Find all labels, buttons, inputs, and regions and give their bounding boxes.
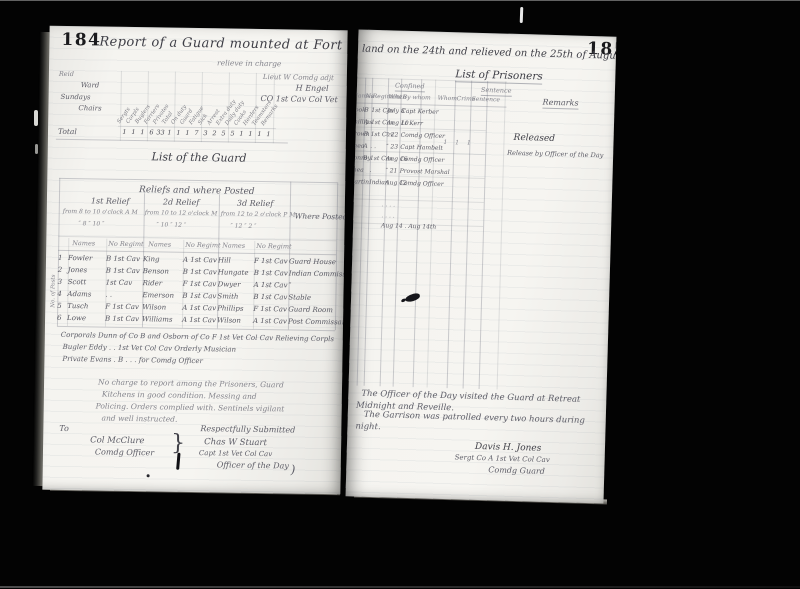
prisoner-grid-line [463, 81, 473, 389]
total-value: 33 [156, 128, 165, 136]
guard-regiment: A 1st Cav [253, 317, 288, 326]
post-number: 1 [58, 254, 68, 262]
subheader-noreg: No Regimt [108, 241, 144, 248]
prisoner-confined-when: ″ 22 [387, 131, 401, 138]
subheader-names: Names [148, 241, 171, 248]
fore-edge-highlight [34, 110, 38, 126]
prisoner-confined-by: Comdg Officer [399, 180, 439, 188]
guard-name: Smith [217, 292, 253, 301]
guard-post-location: Guard Room [288, 305, 335, 314]
prisoner-regiment: 1st Cav [371, 107, 387, 114]
subheader-names: Names [72, 240, 95, 247]
prisoner-grid-line [497, 82, 507, 390]
prisoner-name: Shea [349, 166, 363, 173]
guard-table-header: Reliefs and where Posted [139, 186, 255, 197]
guard-name: Adams [67, 290, 105, 299]
guard-name: Hungate [218, 268, 254, 277]
total-value: 1 [237, 130, 246, 138]
closing-line: The Garrison was patrolled every two hou… [364, 411, 585, 426]
signoff-signature: Chas W Stuart [204, 438, 267, 447]
summary-line: Bugler Eddy . . 1st Vet Col Cav Orderly … [63, 344, 237, 354]
total-value: 1 [255, 130, 264, 138]
guard-name: Wilson [217, 316, 253, 325]
signoff-addressee-title: Comdg Officer [95, 448, 154, 457]
col-sentence: Sentence [472, 97, 500, 104]
strength-total-label: Total [58, 128, 77, 136]
faint-tally-marks: 1 1 1 [443, 140, 473, 147]
guard-regiment: F 1st Cav [105, 303, 142, 312]
where-posted-header: Where Posted [295, 213, 348, 221]
signoff-paren: ) [291, 464, 296, 476]
total-value: 3 [201, 129, 210, 137]
guard-name: Williams [142, 315, 182, 324]
prisoner-regiment: Indian [369, 179, 385, 186]
prisoner-confined-by: Comdg Officer [400, 156, 440, 164]
ink-blot-tail [401, 298, 407, 303]
relief-title: 2d Relief [163, 198, 199, 207]
relief-ditto: ″ 12 ″ 2 ″ [230, 224, 256, 230]
guard-regiment: A 1st Cav [182, 316, 217, 325]
total-value: 1 [264, 130, 273, 138]
ink-dot [147, 474, 150, 477]
post-number: 3 [58, 278, 68, 286]
prisoner-name: Shea [349, 142, 363, 149]
total-value: 1 [174, 129, 183, 137]
guard-name: Fowler [68, 254, 106, 263]
prisoner-regiment: . . [370, 143, 386, 150]
subheader-noreg: No Regimt [256, 243, 292, 250]
col-whom: Whom [438, 96, 458, 103]
guard-grid-line [335, 182, 338, 330]
guard-regiment: B 1st Cav [106, 267, 143, 276]
strength-row-label: Reid [59, 71, 74, 78]
prisoner-confined-by: Comdg Officer [401, 132, 441, 140]
scanned-book-spread: 184 Report of a Guard mounted at Fort Ga… [0, 0, 800, 589]
col-remarks: Remarks [542, 99, 578, 110]
scan-top-border [0, 0, 800, 1]
officer-line: H Engel [296, 85, 329, 94]
prisoner-grid-line [479, 81, 489, 389]
strength-row-label: Chairs [78, 105, 101, 112]
post-number: 5 [57, 302, 67, 310]
guard-post-location: ″ [289, 281, 336, 290]
prisoner-grid-line [447, 80, 457, 388]
strength-row-label: Sundays [60, 94, 90, 101]
total-value: 1 [165, 129, 174, 137]
relief-title: 3d Relief [237, 200, 273, 209]
fore-edge-highlight [35, 144, 38, 154]
prisoner-name: Cook [350, 106, 364, 113]
prisoner-name: Phillips [350, 118, 364, 125]
relief-ditto: ″ 10 ″ 12 ″ [156, 222, 186, 228]
prisoner-confined-when: Aug 10 [387, 119, 401, 126]
summary-line: Corporals Dunn of Co B and Osborn of Co … [61, 332, 334, 343]
guard-post-location: Indian Commissary [289, 269, 336, 278]
report-paragraph-line: Policing. Orders complied with. Sentinel… [96, 402, 285, 412]
prisoner-confined-when: ″ 23 [386, 143, 400, 150]
guard-name: Rider [143, 279, 183, 288]
guard-regiment: B 1st Cav [253, 293, 288, 302]
guard-name: Lowe [67, 314, 105, 323]
guard-name: Benson [143, 267, 183, 276]
guard-regiment: . . [105, 291, 142, 300]
total-value: 6 [147, 128, 156, 136]
prisoner-confined-when: ″ 21 [386, 167, 400, 174]
signature-role: Comdg Guard [488, 466, 545, 476]
report-paragraph-line: No charge to report among the Prisoners,… [98, 378, 284, 388]
signoff-rank: Capt 1st Vet Col Cav [199, 450, 272, 458]
col-by-whom: By whom [403, 95, 431, 102]
guard-regiment: A 1st Cav [182, 304, 217, 313]
total-value: 5 [219, 129, 228, 137]
guard-name: Hill [218, 256, 254, 265]
scan-bottom-border [0, 586, 800, 588]
guard-regiment: F 1st Cav [253, 305, 288, 314]
signoff-addressee: Col McClure [90, 436, 144, 445]
ink-mark [176, 453, 180, 470]
prisoner-confined-by: Capt Hambelt [400, 144, 440, 152]
summary-line: Private Evans . B . . . for Comdg Office… [62, 356, 203, 365]
prisoner-name: Brown [350, 130, 364, 137]
guard-regiment: B 1st Cav [254, 269, 289, 278]
guard-name: King [143, 255, 183, 264]
post-number: 6 [57, 314, 67, 322]
report-title-left: Report of a Guard mounted at Fort Gar [99, 35, 347, 52]
guard-name: Tusch [67, 302, 105, 311]
page-number-left: 184 [61, 30, 101, 51]
total-value: 7 [192, 129, 201, 137]
prisoner-confined-by: Capt Kerber [401, 108, 441, 116]
guard-grid-line [59, 178, 337, 183]
relief-time: from 12 to 2 o'clock P M [221, 211, 296, 218]
signature-name: Davis H. Jones [475, 443, 542, 454]
guard-regiment: B 1st Cav [183, 268, 218, 277]
report-subtitle: relieve in charge [217, 59, 281, 68]
signoff-brace: } [171, 433, 185, 455]
subheader-names: Names [222, 242, 245, 249]
report-paragraph-line: and well instructed. [101, 415, 177, 424]
guard-regiment: B 1st Cav [105, 315, 142, 324]
prisoner-confined-when: Aug 16 [386, 155, 400, 162]
total-value: 1 [120, 128, 129, 136]
strength-totals: 1 1 1 6 33 1 1 1 7 3 2 5 5 1 1 1 1 [120, 128, 273, 138]
report-title-right: land on the 24th and relieved on the 25t… [362, 45, 617, 63]
relief-time: from 8 to 10 o'clock A M [63, 209, 138, 216]
left-page: 184 Report of a Guard mounted at Fort Ga… [42, 26, 347, 495]
guard-regiment: F 1st Cav [183, 280, 218, 289]
prisoner-name: Martin [348, 178, 362, 185]
prisoner-confined-when: Aug 12 [385, 179, 399, 186]
prisoner-confined-by: Provost Marshal [400, 168, 440, 176]
report-paragraph-line: Kitchens in good condition. Messing and [102, 391, 257, 401]
ditto-row: . . . . [382, 202, 396, 208]
right-page: 185 land on the 24th and relieved on the… [346, 29, 617, 503]
guard-post-location: Stable [288, 293, 335, 302]
guard-post-location: Post Commissary [288, 317, 335, 326]
ditto-row: . . . . [381, 213, 395, 219]
group-confined: Confined [395, 83, 425, 92]
subheader-noreg: No Regimt [185, 242, 221, 249]
post-number: 2 [58, 266, 68, 274]
prisoner-confined-when: July 8 [387, 107, 401, 114]
signoff-to: To [59, 425, 69, 433]
total-value: 1 [183, 129, 192, 137]
total-value: 2 [210, 129, 219, 137]
guard-regiment: 1st Cav [106, 279, 143, 288]
guard-name: Jones [68, 266, 106, 275]
prisoner-regiment: 1st Cav [370, 155, 386, 162]
respectfully-submitted: Respectfully Submitted [200, 425, 295, 434]
signature-rank: Sergt Co A 1st Vet Col Cav [455, 454, 550, 464]
prisoner-regiment: . [370, 167, 386, 174]
remark-entry: Released [513, 134, 555, 144]
strength-grid-line [56, 139, 288, 144]
relief-ditto: ″ 8 ″ 10 ″ [79, 221, 105, 227]
relief-time: from 10 to 12 o'clock M [145, 210, 218, 217]
guard-name: Dwyer [218, 280, 254, 289]
post-number: 4 [57, 290, 67, 298]
total-value: 1 [138, 128, 147, 136]
closing-line: night. [355, 423, 380, 432]
guard-name: Wilson [142, 303, 182, 312]
strength-row-label: Ward [81, 82, 100, 89]
guard-regiment: B 1st Cav [106, 255, 143, 264]
total-value: 1 [246, 130, 255, 138]
scan-artifact-dash [520, 7, 524, 23]
prisoner-regiment: 1st Cav [371, 131, 387, 138]
prisoner-regiment: 1st Cav [371, 119, 387, 126]
guard-name: Scott [68, 278, 106, 287]
relief-title: 1st Relief [91, 197, 130, 206]
total-value: 1 [129, 128, 138, 136]
remark-entry: Release by Officer of the Day [507, 150, 603, 159]
prisoner-confined-by: Lt Kerr [401, 120, 441, 128]
prisoner-name: Conroy [349, 154, 363, 161]
guard-list-heading: List of the Guard [152, 151, 247, 163]
extra-date-row: Aug 14 . Aug 14th [381, 223, 436, 231]
guard-regiment: B 1st Cav [182, 292, 217, 301]
guard-regiment: A 1st Cav [254, 281, 289, 290]
ink-blot [404, 292, 420, 303]
guard-name: Emerson [142, 291, 182, 300]
signoff-officer-of-day: Officer of the Day [217, 461, 289, 470]
guard-regiment: F 1st Cav [254, 257, 289, 266]
guard-name: Phillips [217, 304, 253, 313]
guard-regiment: A 1st Cav [183, 256, 218, 265]
total-value: 5 [228, 130, 237, 138]
group-sentence: Sentence [481, 87, 512, 96]
guard-post-location: Guard House [289, 257, 336, 266]
